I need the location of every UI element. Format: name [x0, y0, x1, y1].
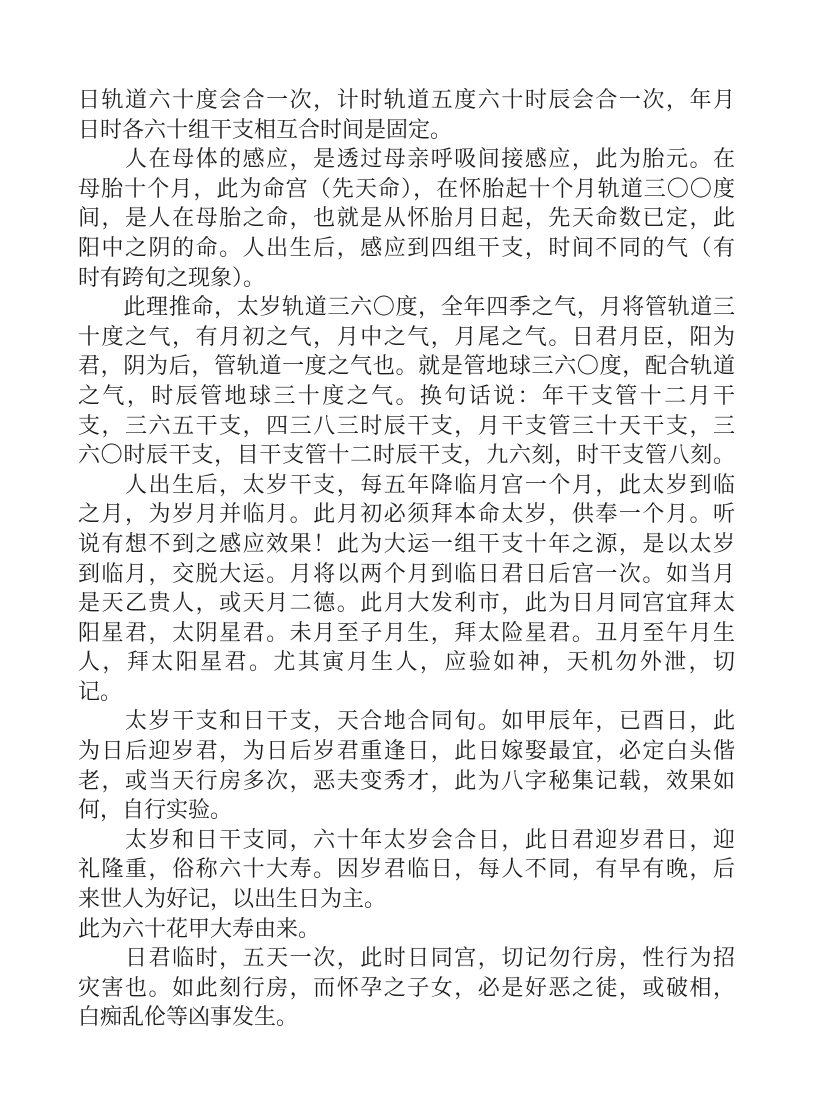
text-line: 支，三六五干支，四三八三时辰干支，月干支管三十天干支，三: [78, 411, 735, 441]
text-line: 之气，时辰管地球三十度之气。换句话说：年干支管十二月干: [78, 381, 735, 411]
text-line: 阳星君，太阴星君。未月至子月生，拜太险星君。丑月至午月生: [78, 618, 735, 648]
text-line: 到临月，交脱大运。月将以两个月到临日君日后宫一次。如当月: [78, 559, 735, 589]
text-line: 太岁和日干支同，六十年太岁会合日，此日君迎岁君日，迎: [78, 825, 735, 855]
text-line: 白痴乱伦等凶事发生。: [78, 1002, 735, 1032]
text-line: 记。: [78, 677, 735, 707]
text-line: 人在母体的感应，是透过母亲呼吸间接感应，此为胎元。在: [78, 144, 735, 174]
text-line: 十度之气，有月初之气，月中之气，月尾之气。日君月臣，阳为: [78, 322, 735, 352]
text-block: 日轨道六十度会合一次，计时轨道五度六十时辰会合一次，年月 日时各六十组干支相互合…: [78, 85, 735, 1032]
text-line: 间，是人在母胎之命，也就是从怀胎月日起，先天命数已定，此: [78, 203, 735, 233]
text-line: 礼隆重，俗称六十大寿。因岁君临日，每人不同，有早有晚，后: [78, 854, 735, 884]
document-page: 日轨道六十度会合一次，计时轨道五度六十时辰会合一次，年月 日时各六十组干支相互合…: [0, 0, 839, 1098]
text-line: 说有想不到之感应效果！此为大运一组干支十年之源，是以太岁: [78, 529, 735, 559]
text-line: 阳中之阴的命。人出生后，感应到四组干支，时间不同的气（有: [78, 233, 735, 263]
text-line: 之月，为岁月并临月。此月初必须拜本命太岁，供奉一个月。听: [78, 499, 735, 529]
text-line: 日时各六十组干支相互合时间是固定。: [78, 115, 735, 145]
text-line: 人出生后，太岁干支，每五年降临月宫一个月，此太岁到临: [78, 470, 735, 500]
text-line: 老，或当天行房多次，恶夫变秀才，此为八字秘集记载，效果如: [78, 766, 735, 796]
text-line: 灾害也。如此刻行房，而怀孕之子女，必是好恶之徒，或破相，: [78, 973, 735, 1003]
text-line: 人，拜太阳星君。尤其寅月生人，应验如神，天机勿外泄，切: [78, 647, 735, 677]
text-line: 何，自行实验。: [78, 795, 735, 825]
text-line: 母胎十个月，此为命宫（先天命），在怀胎起十个月轨道三〇〇度: [78, 174, 735, 204]
text-line: 是天乙贵人，或天月二德。此月大发利市，此为日月同宫宜拜太: [78, 588, 735, 618]
text-line: 为日后迎岁君，为日后岁君重逢日，此日嫁娶最宜，必定白头偕: [78, 736, 735, 766]
text-line: 日君临时，五天一次，此时日同宫，切记勿行房，性行为招: [78, 943, 735, 973]
text-line: 六〇时辰干支，目干支管十二时辰干支，九六刻，时干支管八刻。: [78, 440, 735, 470]
text-line: 日轨道六十度会合一次，计时轨道五度六十时辰会合一次，年月: [78, 85, 735, 115]
text-line: 来世人为好记，以出生日为主。: [78, 884, 735, 914]
text-line: 此理推命，太岁轨道三六〇度，全年四季之气，月将管轨道三: [78, 292, 735, 322]
text-line: 君，阴为后，管轨道一度之气也。就是管地球三六〇度，配合轨道: [78, 351, 735, 381]
text-line: 太岁干支和日干支，天合地合同旬。如甲辰年，已酉日，此: [78, 706, 735, 736]
text-line: 时有跨旬之现象）。: [78, 263, 735, 293]
text-line: 此为六十花甲大寿由来。: [78, 914, 735, 944]
